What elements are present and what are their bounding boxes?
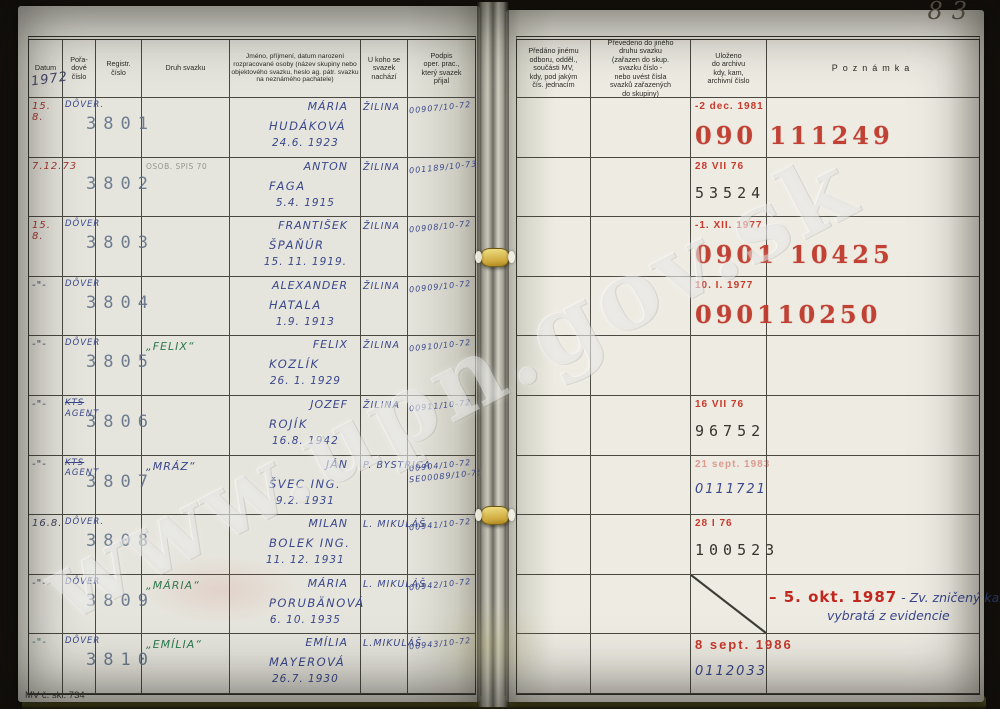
cell-location: L.MIKULÁŠ: [361, 634, 408, 694]
cell-registr: 3802: [96, 158, 142, 218]
cell-location: L. MIKULÁŠ: [361, 515, 408, 575]
cell-signature: 00941/10-72: [408, 515, 475, 575]
cell-signature: 001189/10-73: [408, 158, 475, 218]
header-ulozeno: Uloženo do archivu kdy, kam, archivní čí…: [691, 40, 767, 98]
first-name: MILAN: [308, 517, 360, 530]
cell-signature: 00911/10-72: [408, 396, 475, 456]
cell-druh-svazku: [142, 98, 230, 158]
signature-value: 00943/10-72: [409, 635, 476, 653]
cell-registr: 3808: [96, 515, 142, 575]
cell-archiv: 28 I 76100523: [691, 515, 767, 575]
location-value: ŽILINA: [363, 102, 400, 113]
cell-prevedeno: [591, 515, 691, 575]
cell-poznamka: [767, 634, 979, 694]
datum-value: -"-: [32, 578, 47, 589]
cell-name: JÁNŠVEC ING.9.2. 1931: [230, 456, 361, 516]
poradove-value: DÔVER: [65, 219, 95, 230]
header-predano: Předáno jinému odboru, odděl., součásti …: [517, 40, 591, 98]
surname: ŠPAŇÚR: [230, 232, 325, 252]
poradove-value: KTS: [65, 458, 95, 469]
druh-codename: „MÁRIA“: [146, 579, 229, 592]
cell-prevedeno: [591, 634, 691, 694]
archive-number-handwritten: 0111721: [695, 482, 766, 497]
cell-name: MÁRIAPORUBÄNOVÁ6. 10. 1935: [230, 575, 361, 635]
birth-date: 6. 10. 1935: [249, 610, 341, 626]
cell-prevedeno: [591, 98, 691, 158]
header-jmeno: Jméno, příjmení, datum narození rozpraco…: [230, 40, 361, 98]
cell-name: MILANBOLEK ING.11. 12. 1931: [230, 515, 361, 575]
cell-name: FELIXKOZLÍK26. 1. 1929: [230, 336, 361, 396]
cell-predano: [517, 98, 591, 158]
cell-poznamka: [767, 336, 979, 396]
cell-signature: 00909/10-72: [408, 277, 475, 337]
cell-prevedeno: [591, 217, 691, 277]
poradove-value: DÔVER.: [65, 100, 95, 111]
first-name: MÁRIA: [308, 100, 360, 113]
cell-datum: -"-: [29, 456, 63, 516]
cell-predano: [517, 277, 591, 337]
cell-signature: 00942/10-72: [408, 575, 475, 635]
cell-druh-svazku: „MRÁZ“: [142, 456, 230, 516]
cell-registr: 3804: [96, 277, 142, 337]
cell-prevedeno: [591, 575, 691, 635]
poradove-value: DÔVER.: [65, 517, 95, 528]
cell-archiv: 8 sept. 19860112033: [691, 634, 767, 694]
cell-archiv: 28 VII 7653524: [691, 158, 767, 218]
cell-druh-svazku: OSOB. SPIS 70: [142, 158, 230, 218]
signature-value: 00941/10-72: [409, 516, 476, 534]
cell-location: ŽILINA: [361, 158, 408, 218]
poradove-value: DÔVER: [65, 636, 95, 647]
right-page: Předáno jinému odboru, odděl., součásti …: [506, 10, 984, 702]
cell-datum: -"-: [29, 277, 63, 337]
signature-value: 00911/10-72: [409, 397, 476, 415]
cell-registr: 3810: [96, 634, 142, 694]
cell-archiv: -2 dec. 1981090 111249: [691, 98, 767, 158]
druh-codename: „FELIX“: [146, 340, 229, 353]
location-value: ŽILINA: [363, 221, 400, 232]
signature-value: 00907/10-72: [409, 99, 476, 117]
cell-registr: 3809: [96, 575, 142, 635]
archive-number-stamp: 090 111249: [695, 121, 766, 150]
poradove-value: KTS: [65, 398, 95, 409]
archive-date-stamp: 10. I. 1977: [695, 280, 766, 291]
header-u-koho: U koho se svazek nachází: [361, 40, 408, 98]
surname: BOLEK ING.: [230, 530, 350, 550]
cell-name: FRANTIŠEKŠPAŇÚR15. 11. 1919.: [230, 217, 361, 277]
cell-druh-svazku: „MÁRIA“: [142, 575, 230, 635]
cell-location: ŽILINA: [361, 396, 408, 456]
druh-pencil-note: OSOB. SPIS 70: [146, 162, 229, 171]
birth-date: 11. 12. 1931: [245, 550, 345, 566]
cell-poznamka: [767, 396, 979, 456]
note-text-line1: - Zv. zničený karta: [897, 590, 1000, 605]
cell-druh-svazku: [142, 277, 230, 337]
binding-cord-top: [481, 248, 509, 267]
surname: KOZLÍK: [230, 351, 320, 371]
surname: HUDÁKOVÁ: [230, 113, 346, 133]
first-name: EMÍLIA: [305, 636, 360, 649]
archive-number-stamp: 0901 10425: [695, 240, 766, 269]
header-poradove-cislo: Pořa- dové číslo: [63, 40, 96, 98]
cell-signature: 00908/10-72: [408, 217, 475, 277]
cell-name: JOZEFROJÍK16.8. 1942: [230, 396, 361, 456]
datum-value: -"-: [32, 339, 47, 350]
cell-archiv: 21 sept. 19830111721: [691, 456, 767, 516]
surname: PORUBÄNOVÁ: [230, 590, 365, 610]
surname: ŠVEC ING.: [230, 471, 341, 491]
cell-location: ŽILINA: [361, 277, 408, 337]
first-name: JÁN: [326, 458, 360, 471]
birth-date: 1.9. 1913: [255, 312, 335, 328]
archive-number-handwritten: 100523: [695, 541, 766, 559]
datum-value: -"-: [32, 637, 47, 648]
archive-date-stamp: 8 sept. 1986: [695, 637, 766, 652]
surname: MAYEROVÁ: [230, 649, 345, 669]
signature-value: 00910/10-72: [409, 337, 476, 355]
header-poznamka: Poznámka: [767, 40, 979, 98]
birth-date: 9.2. 1931: [255, 491, 335, 507]
archive-number-handwritten: 96752: [695, 422, 766, 440]
first-name: FELIX: [313, 338, 360, 351]
cell-druh-svazku: [142, 396, 230, 456]
archive-date-stamp: 28 VII 76: [695, 161, 766, 172]
header-druh-svazku: Druh svazku: [142, 40, 230, 98]
archive-date-stamp: -2 dec. 1981: [695, 101, 766, 112]
first-name: JOZEF: [310, 398, 360, 411]
cell-prevedeno: [591, 336, 691, 396]
cell-datum: -"-: [29, 634, 63, 694]
cell-predano: [517, 158, 591, 218]
cell-location: ŽILINA: [361, 217, 408, 277]
birth-date: 24.6. 1923: [251, 133, 339, 149]
archive-date-stamp: 28 I 76: [695, 518, 766, 529]
birth-date: 15. 11. 1919.: [243, 252, 347, 268]
cell-druh-svazku: [142, 217, 230, 277]
cell-predano: [517, 515, 591, 575]
location-value: ŽILINA: [363, 281, 400, 292]
archive-date-stamp: 21 sept. 1983: [695, 459, 766, 470]
cell-predano: [517, 575, 591, 635]
signature-value: 001189/10-73: [409, 158, 476, 176]
datum-value: -"-: [32, 459, 47, 470]
signature-value: 00909/10-72: [409, 277, 476, 295]
left-ledger-grid: Datum Pořa- dové číslo Registr. číslo Dr…: [28, 36, 476, 695]
archive-date-stamp: -1. XII. 1977: [695, 220, 766, 231]
birth-date: 16.8. 1942: [251, 431, 339, 447]
cell-datum: 16.8.: [29, 515, 63, 575]
cell-signature: 00943/10-72: [408, 634, 475, 694]
cell-druh-svazku: [142, 515, 230, 575]
book-gutter: [477, 2, 509, 707]
first-name: ALEXANDER: [272, 279, 360, 292]
cell-location: L. MIKULÁŠ: [361, 575, 408, 635]
binding-cord-bottom: [481, 506, 509, 525]
cell-prevedeno: [591, 158, 691, 218]
cell-predano: [517, 634, 591, 694]
page-number: 83: [927, 0, 976, 25]
cell-registr: 3805: [96, 336, 142, 396]
archive-number-handwritten: 0112033: [695, 664, 766, 679]
cell-datum: 7.12.73: [29, 158, 63, 218]
registry-book-scan: Datum Pořa- dové číslo Registr. číslo Dr…: [0, 0, 1000, 709]
cell-archiv: [691, 336, 767, 396]
druh-codename: „EMÍLIA“: [146, 638, 229, 651]
poradove-value: DÔVER: [65, 577, 95, 588]
birth-date: 26.7. 1930: [251, 669, 339, 685]
cell-prevedeno: [591, 277, 691, 337]
birth-date: 26. 1. 1929: [249, 371, 341, 387]
surname: ROJÍK: [230, 411, 308, 431]
signature-value: 00908/10-72: [409, 218, 476, 236]
cell-poznamka: [767, 456, 979, 516]
cell-archiv: [691, 575, 767, 635]
left-page: Datum Pořa- dové číslo Registr. číslo Dr…: [18, 6, 480, 702]
header-prevedeno: Převedeno do jiného druhu svazku (zařaze…: [591, 40, 691, 98]
datum-value: -"-: [32, 280, 47, 291]
cell-prevedeno: [591, 396, 691, 456]
cell-poznamka: – 5. okt. 1987 - Zv. zničený kartavybrat…: [767, 575, 979, 635]
first-name: ANTON: [304, 160, 360, 173]
cell-archiv: 10. I. 1977090110250: [691, 277, 767, 337]
cell-datum: 15. 8.: [29, 98, 63, 158]
cell-name: MÁRIAHUDÁKOVÁ24.6. 1923: [230, 98, 361, 158]
archive-date-stamp: 16 VII 76: [695, 399, 766, 410]
cell-signature: 00907/10-72: [408, 98, 475, 158]
cell-poznamka: [767, 158, 979, 218]
cell-location: ŽILINA: [361, 336, 408, 396]
cell-name: ALEXANDERHATALA1.9. 1913: [230, 277, 361, 337]
cell-name: EMÍLIAMAYEROVÁ26.7. 1930: [230, 634, 361, 694]
location-value: ŽILINA: [363, 340, 400, 351]
form-number: MV č. skl. 734: [25, 690, 85, 701]
first-name: FRANTIŠEK: [278, 219, 360, 232]
birth-date: 5.4. 1915: [255, 193, 335, 209]
cell-signature: 00904/10-72SE00089/10-75: [408, 456, 475, 516]
right-ledger-grid: Předáno jinému odboru, odděl., součásti …: [516, 36, 980, 695]
surname: HATALA: [230, 292, 322, 312]
note-text-line2: vybratá z evidencie: [769, 608, 979, 623]
cell-prevedeno: [591, 456, 691, 516]
cell-location: P. BYSTRICA: [361, 456, 408, 516]
archive-number-handwritten: 53524: [695, 184, 766, 202]
cell-predano: [517, 396, 591, 456]
cell-datum: -"-: [29, 575, 63, 635]
cell-location: ŽILINA: [361, 98, 408, 158]
cell-archiv: -1. XII. 19770901 10425: [691, 217, 767, 277]
cell-druh-svazku: „FELIX“: [142, 336, 230, 396]
signature-value: 00942/10-72: [409, 575, 476, 593]
cell-archiv: 16 VII 7696752: [691, 396, 767, 456]
cell-registr: 3803: [96, 217, 142, 277]
cell-predano: [517, 456, 591, 516]
first-name: MÁRIA: [308, 577, 360, 590]
poradove-value: DÔVER: [65, 338, 95, 349]
archive-number-stamp: 090110250: [695, 300, 766, 329]
cell-datum: -"-: [29, 336, 63, 396]
cell-registr: 3807: [96, 456, 142, 516]
druh-codename: „MRÁZ“: [146, 460, 229, 473]
datum-value: -"-: [32, 399, 47, 410]
cell-druh-svazku: „EMÍLIA“: [142, 634, 230, 694]
location-value: ŽILINA: [363, 400, 400, 411]
note: – 5. okt. 1987 - Zv. zničený kartavybrat…: [767, 575, 979, 623]
cell-predano: [517, 336, 591, 396]
location-value: ŽILINA: [363, 162, 400, 173]
cell-datum: -"-: [29, 396, 63, 456]
cell-registr: 3801: [96, 98, 142, 158]
cell-name: ANTONFAGA5.4. 1915: [230, 158, 361, 218]
header-datum: Datum: [29, 40, 63, 98]
header-registr-cislo: Registr. číslo: [96, 40, 142, 98]
surname: FAGA: [230, 173, 306, 193]
cell-predano: [517, 217, 591, 277]
poradove-value: DÔVER: [65, 279, 95, 290]
cell-datum: 15. 8.: [29, 217, 63, 277]
cell-signature: 00910/10-72: [408, 336, 475, 396]
cell-registr: 3806: [96, 396, 142, 456]
header-podpis: Podpis oper. prac., který svazek přijal: [408, 40, 475, 98]
note-date-stamp: – 5. okt. 1987: [769, 588, 897, 606]
datum-value: 15. 8.: [32, 101, 51, 123]
datum-value: 16.8.: [32, 518, 62, 529]
datum-value: 15. 8.: [32, 220, 51, 242]
cell-poznamka: [767, 515, 979, 575]
